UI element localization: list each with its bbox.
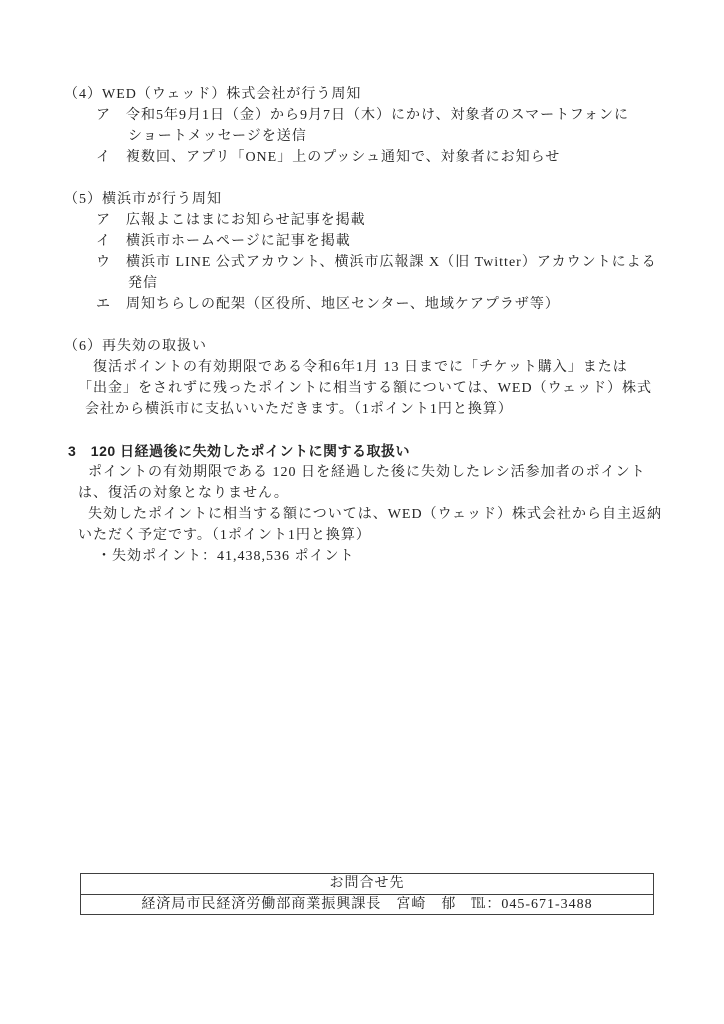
contact-box-detail: 経済局市民経済労働部商業振興課長 宮崎 郁 ℡：045-671-3488 bbox=[81, 895, 653, 914]
section-5-item-e: エ 周知ちらしの配架（区役所、地区センター、地域ケアプラザ等） bbox=[96, 294, 724, 315]
section-6-paragraph-line-2: 「出金」をされずに残ったポイントに相当する額については、WED（ウェッド）株式 bbox=[78, 378, 724, 399]
expired-points-total: ・失効ポイント：41,438,536 ポイント bbox=[97, 546, 724, 567]
section-4-item-a-cont: ショートメッセージを送信 bbox=[128, 126, 724, 147]
section-5-item-i: イ 横浜市ホームページに記事を掲載 bbox=[96, 231, 724, 252]
section-3-heading: 3 120 日経過後に失効したポイントに関する取扱い bbox=[68, 441, 724, 462]
contact-box: お問合せ先 経済局市民経済労働部商業振興課長 宮崎 郁 ℡：045-671-34… bbox=[80, 873, 654, 915]
section-6-paragraph-line-3: 会社から横浜市に支払いいただきます。（1ポイント1円と換算） bbox=[85, 399, 724, 420]
section-5-city-notice: （5）横浜市が行う周知 ア 広報よこはまにお知らせ記事を掲載 イ 横浜市ホームペ… bbox=[0, 189, 724, 315]
section-3-paragraph1-line-2: は、復活の対象となりません。 bbox=[78, 483, 724, 504]
contact-box-title: お問合せ先 bbox=[81, 874, 653, 895]
section-4-wed-company-notice: （4）WED（ウェッド）株式会社が行う周知 ア 令和5年9月1日（金）から9月7… bbox=[0, 84, 724, 168]
section-5-item-u: ウ 横浜市 LINE 公式アカウント、横浜市広報課 X（旧 Twitter）アカ… bbox=[96, 252, 724, 273]
section-6-paragraph-line-1: 復活ポイントの有効期限である令和6年1月 13 日までに「チケット購入」または bbox=[93, 357, 724, 378]
section-6-re-expiry-handling: （6）再失効の取扱い 復活ポイントの有効期限である令和6年1月 13 日までに「… bbox=[0, 336, 724, 420]
section-5-item-a: ア 広報よこはまにお知らせ記事を掲載 bbox=[96, 210, 724, 231]
section-3-paragraph1-line-1: ポイントの有効期限である 120 日を経過した後に失効したレシ活参加者のポイント bbox=[88, 462, 724, 483]
section-4-item-a: ア 令和5年9月1日（金）から9月7日（木）にかけ、対象者のスマートフォンに bbox=[96, 105, 724, 126]
section-3-paragraph2-line-2: いただく予定です。（1ポイント1円と換算） bbox=[78, 525, 724, 546]
document-body: （4）WED（ウェッド）株式会社が行う周知 ア 令和5年9月1日（金）から9月7… bbox=[0, 84, 724, 567]
section-5-heading: （5）横浜市が行う周知 bbox=[64, 189, 724, 210]
section-5-item-u-cont: 発信 bbox=[128, 273, 724, 294]
section-3-paragraph2-line-1: 失効したポイントに相当する額については、WED（ウェッド）株式会社から自主返納 bbox=[88, 504, 724, 525]
document-page: （4）WED（ウェッド）株式会社が行う周知 ア 令和5年9月1日（金）から9月7… bbox=[0, 0, 724, 1024]
section-4-item-i: イ 複数回、アプリ「ONE」上のプッシュ通知で、対象者にお知らせ bbox=[96, 147, 724, 168]
section-6-heading: （6）再失効の取扱い bbox=[64, 336, 724, 357]
section-3-expired-points-handling: 3 120 日経過後に失効したポイントに関する取扱い ポイントの有効期限である … bbox=[0, 441, 724, 567]
section-4-heading: （4）WED（ウェッド）株式会社が行う周知 bbox=[64, 84, 724, 105]
